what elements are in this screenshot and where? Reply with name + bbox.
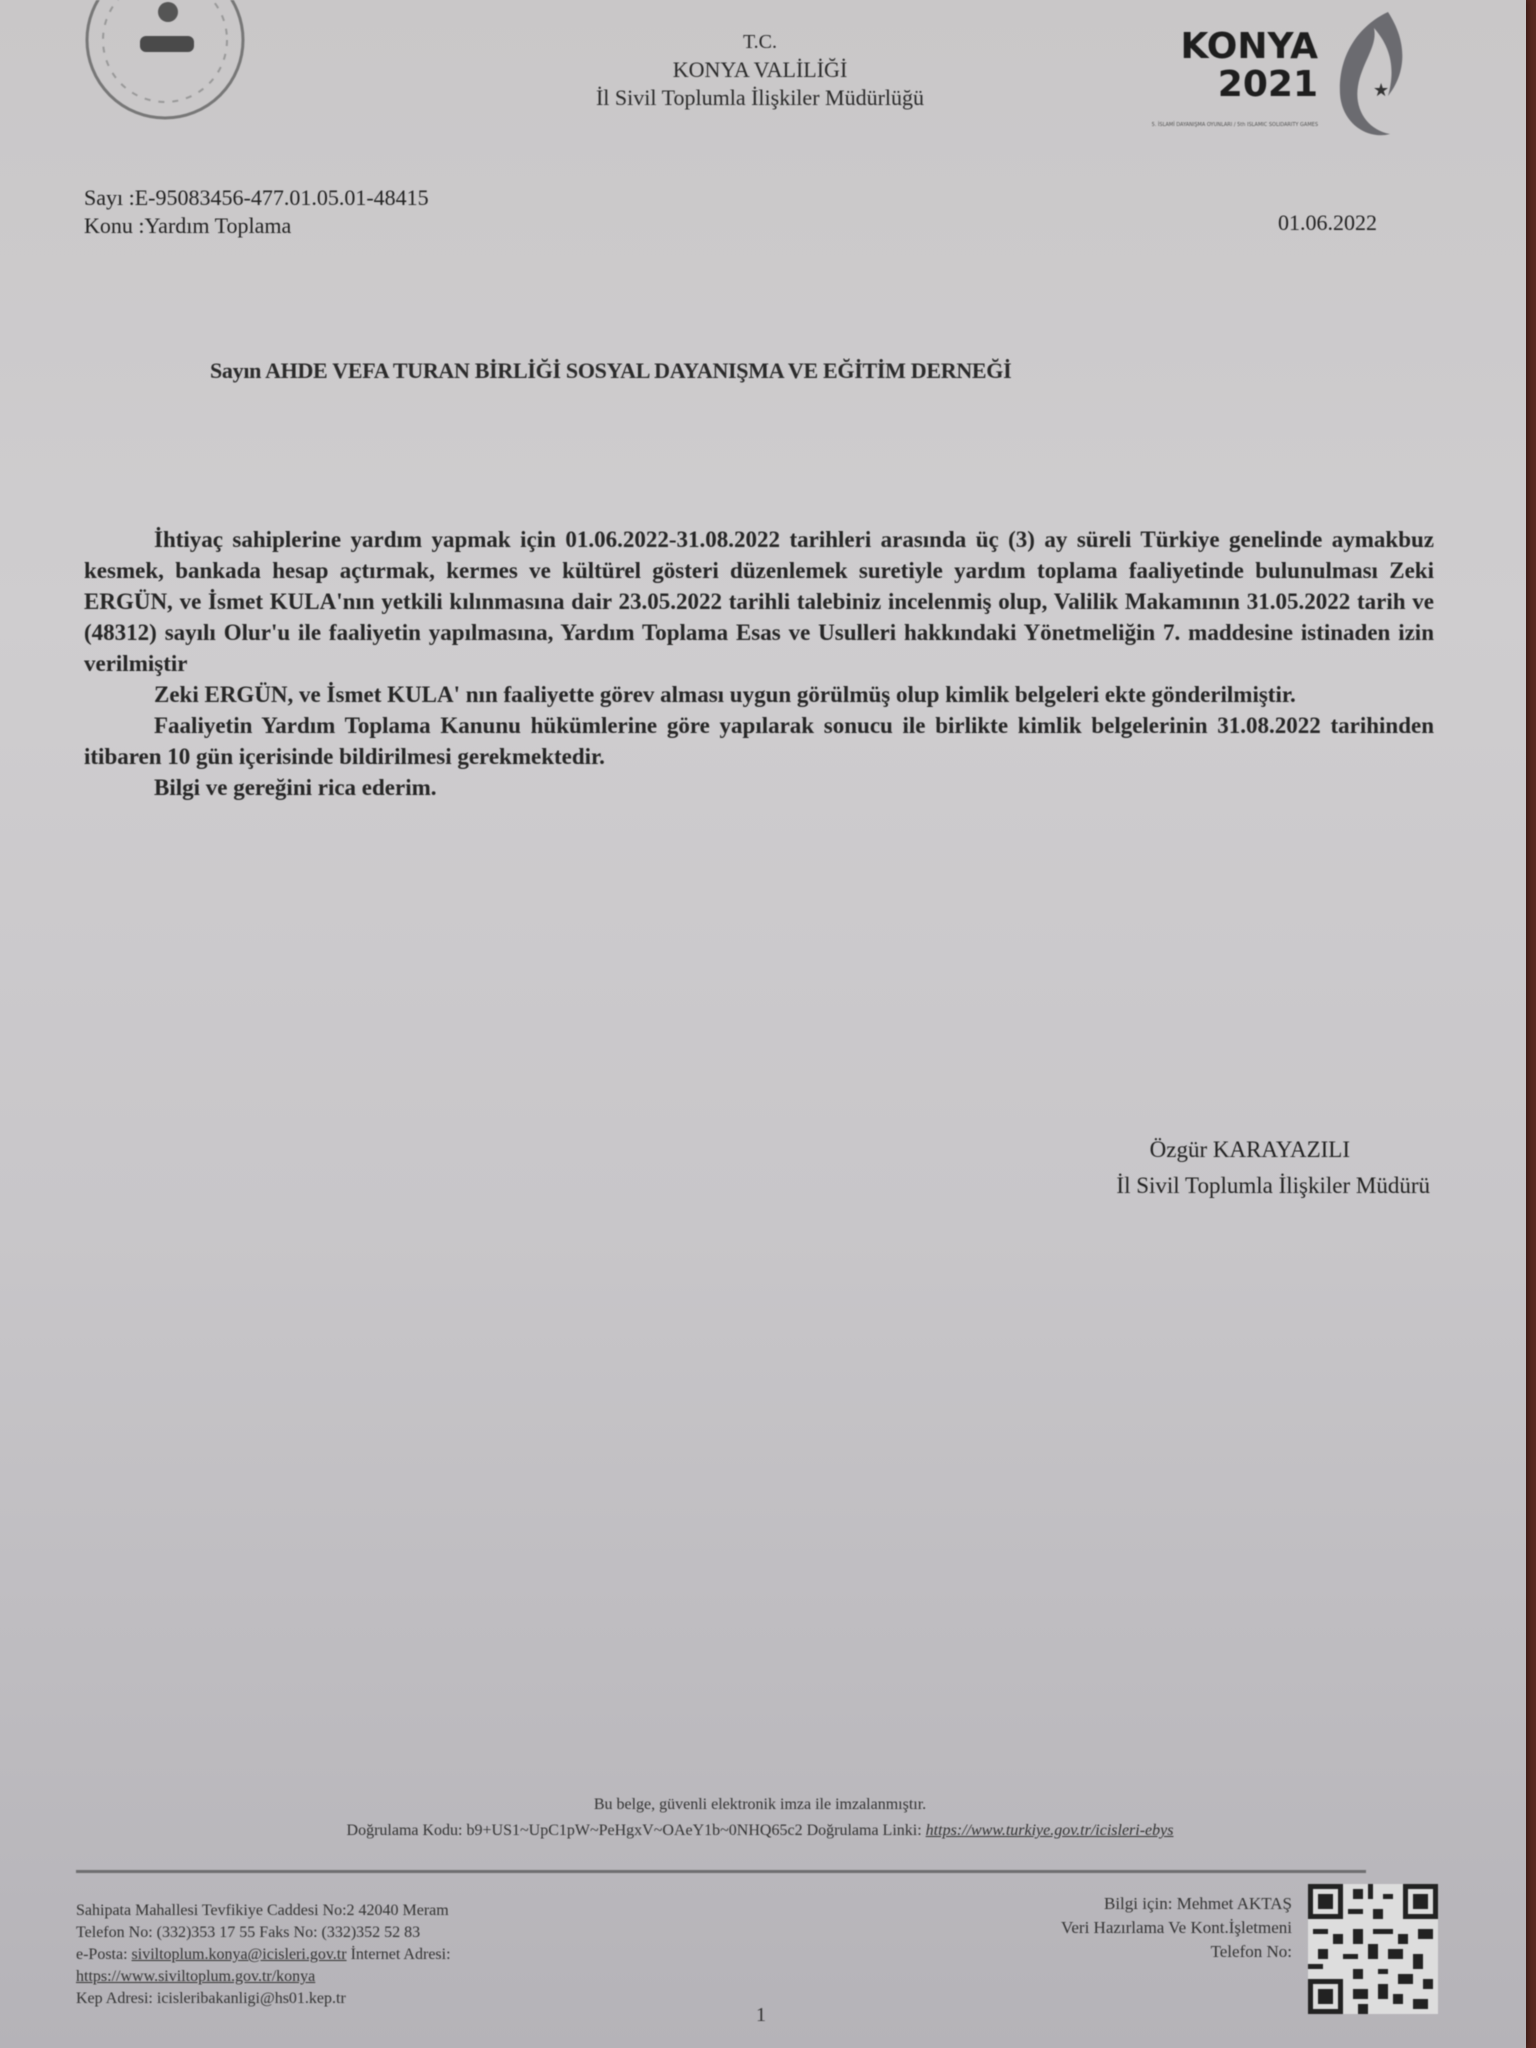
document-page: T.C. KONYA VALİLİĞİ İl Sivil Toplumla İl… [0,0,1526,2048]
letter-body: İhtiyaç sahiplerine yardım yapmak için 0… [84,524,1434,803]
ministry-seal-icon [80,0,250,130]
country-label: T.C. [480,28,1040,56]
signature-block: Özgür KARAYAZILI İl Sivil Toplumla İlişk… [960,1132,1430,1204]
verification-code-label: Doğrulama Kodu: [347,1822,463,1839]
logo-line2: 2021 [1146,66,1318,104]
footer-phone-fax: Telefon No: (332)353 17 55 Faks No: (332… [76,1922,451,1944]
letterhead: T.C. KONYA VALİLİĞİ İl Sivil Toplumla İl… [480,28,1040,112]
kep-address: icisleribakanligi@hs01.kep.tr [157,1990,346,2007]
signatory-name: Özgür KARAYAZILI [960,1132,1430,1168]
konya-2021-logo: KONYA 2021 5. İSLAMİ DAYANIŞMA OYUNLARI … [1140,14,1420,144]
document-date: 01.06.2022 [1278,210,1377,236]
verification-code: b9+US1~UpC1pW~PeHgxV~OAeY1b~0NHQ65c2 [467,1822,803,1839]
verification-link[interactable]: https://www.turkiye.gov.tr/icisleri-ebys [926,1822,1174,1839]
reference-block: Sayı :E-95083456-477.01.05.01-48415 Konu… [84,184,429,240]
body-paragraph: İhtiyaç sahiplerine yardım yapmak için 0… [84,524,1434,679]
logo-subtitle: 5. İSLAMİ DAYANIŞMA OYUNLARI / 5th ISLAM… [1140,122,1318,129]
footer-address: Sahipata Mahallesi Tevfikiye Caddesi No:… [76,1900,451,1922]
department-name: İl Sivil Toplumla İlişkiler Müdürlüğü [480,84,1040,112]
info-role: Veri Hazırlama Ve Kont.İşletmeni [900,1916,1292,1940]
crescent-flame-icon: ★ [1318,6,1418,146]
signatory-title: İl Sivil Toplumla İlişkiler Müdürü [960,1168,1430,1204]
addressee: Sayın AHDE VEFA TURAN BİRLİĞİ SOSYAL DAY… [210,358,1330,384]
footer-contact: Sahipata Mahallesi Tevfikiye Caddesi No:… [76,1900,451,2010]
info-phone: Telefon No: [900,1940,1292,1964]
e-signature-notice: Bu belge, güvenli elektronik imza ile im… [150,1792,1370,1844]
verification-link-label: Doğrulama Linki: [807,1822,922,1839]
page-number: 1 [756,2004,766,2027]
body-paragraph: Zeki ERGÜN, ve İsmet KULA' nın faaliyett… [84,679,1434,710]
footer-info: Bilgi için: Mehmet AKTAŞ Veri Hazırlama … [900,1892,1292,1964]
info-contact: Bilgi için: Mehmet AKTAŞ [900,1892,1292,1916]
logo-line1: KONYA [1146,28,1318,66]
website-link[interactable]: https://www.siviltoplum.gov.tr/konya [76,1968,315,1985]
sayi-number: Sayı :E-95083456-477.01.05.01-48415 [84,184,429,212]
footer-divider [76,1870,1366,1873]
konu-subject: Konu :Yardım Toplama [84,212,429,240]
internet-label: İnternet Adresi: [351,1946,451,1963]
email-label: e-Posta: [76,1946,128,1963]
institution-name: KONYA VALİLİĞİ [480,56,1040,84]
svg-text:★: ★ [1373,80,1389,101]
kep-label: Kep Adresi: [76,1990,153,2007]
email-link[interactable]: siviltoplum.konya@icisleri.gov.tr [132,1946,347,1963]
qr-code-icon [1308,1884,1438,2014]
esign-notice: Bu belge, güvenli elektronik imza ile im… [150,1792,1370,1818]
body-paragraph: Bilgi ve gereğini rica ederim. [84,772,1434,803]
body-paragraph: Faaliyetin Yardım Toplama Kanunu hükümle… [84,710,1434,772]
